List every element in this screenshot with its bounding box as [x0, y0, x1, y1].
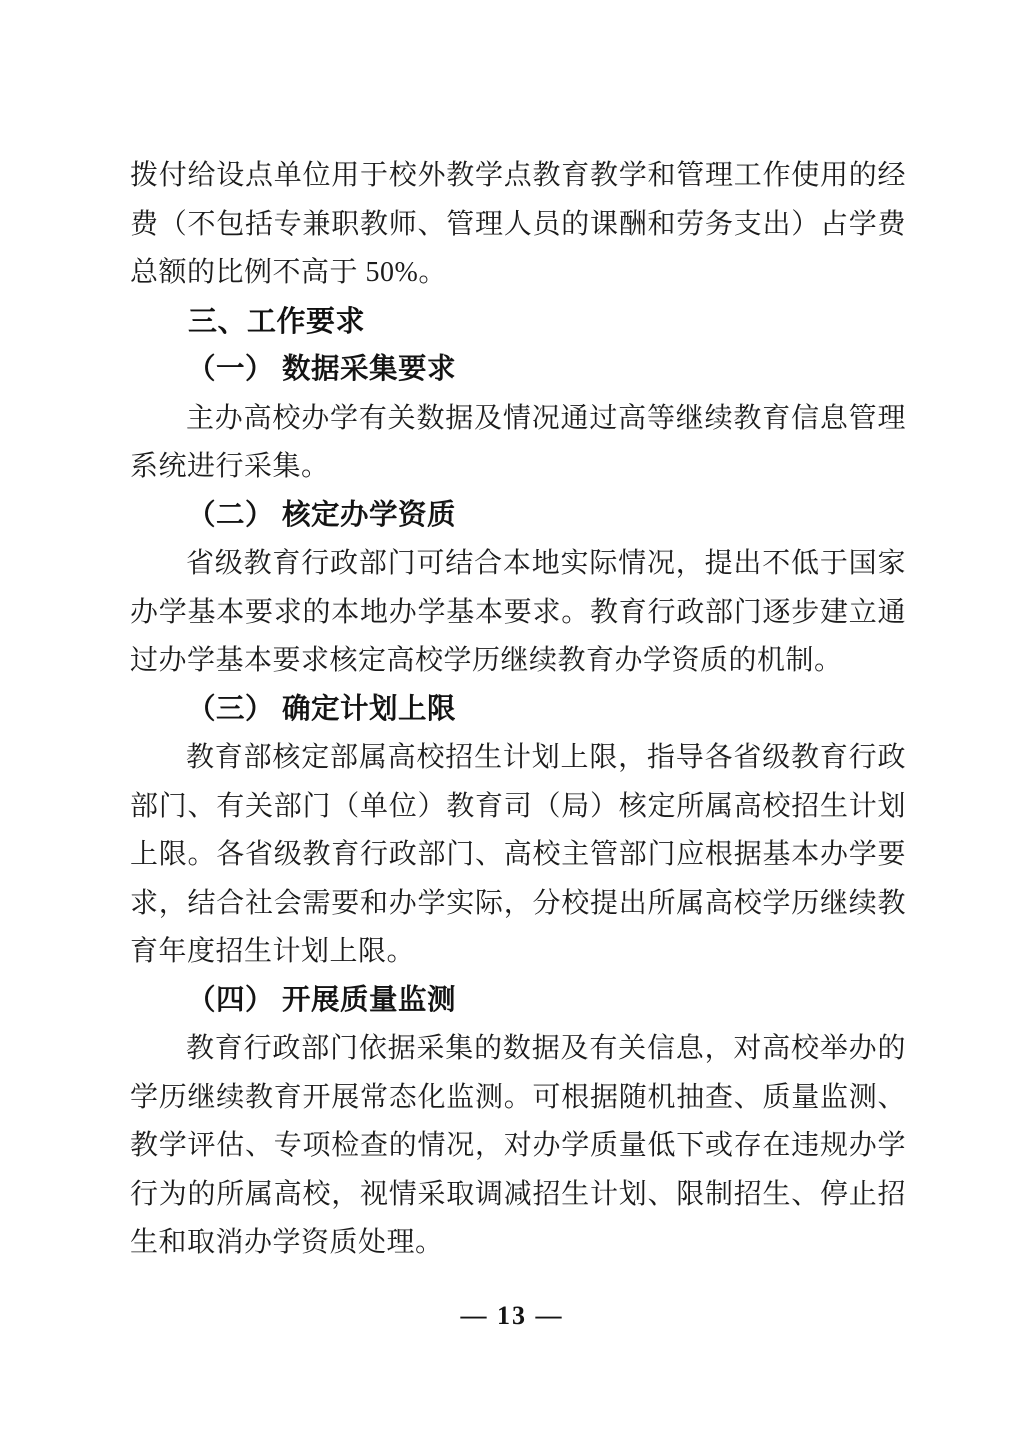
subsection-1-heading: （一）数据采集要求 — [130, 346, 906, 395]
subsection-3-number: （三） — [187, 694, 274, 725]
subsection-4-heading: （四）开展质量监测 — [130, 977, 906, 1026]
continued-paragraph: 拨付给设点单位用于校外教学点教育教学和管理工作使用的经费（不包括专兼职教师、管理… — [130, 152, 906, 298]
subsection-2-body: 省级教育行政部门可结合本地实际情况，提出不低于国家办学基本要求的本地办学基本要求… — [130, 540, 906, 686]
section-heading: 三、工作要求 — [130, 298, 906, 347]
subsection-3-body: 教育部核定部属高校招生计划上限，指导各省级教育行政部门、有关部门（单位）教育司（… — [130, 734, 906, 977]
document-body: 拨付给设点单位用于校外教学点教育教学和管理工作使用的经费（不包括专兼职教师、管理… — [130, 152, 906, 1268]
subsection-2-number: （二） — [187, 500, 274, 531]
subsection-3-title: 确定计划上限 — [282, 694, 456, 725]
subsection-4-number: （四） — [187, 985, 274, 1016]
page-number: — 13 — — [0, 1298, 1024, 1334]
document-page: 拨付给设点单位用于校外教学点教育教学和管理工作使用的经费（不包括专兼职教师、管理… — [0, 0, 1024, 1448]
subsection-1-number: （一） — [187, 354, 274, 385]
subsection-1-title: 数据采集要求 — [282, 354, 456, 385]
subsection-4-title: 开展质量监测 — [282, 985, 456, 1016]
subsection-1-body: 主办高校办学有关数据及情况通过高等继续教育信息管理系统进行采集。 — [130, 395, 906, 492]
subsection-2-title: 核定办学资质 — [282, 500, 456, 531]
subsection-3-heading: （三）确定计划上限 — [130, 686, 906, 735]
subsection-2-heading: （二）核定办学资质 — [130, 492, 906, 541]
subsection-4-body: 教育行政部门依据采集的数据及有关信息，对高校举办的学历继续教育开展常态化监测。可… — [130, 1025, 906, 1268]
